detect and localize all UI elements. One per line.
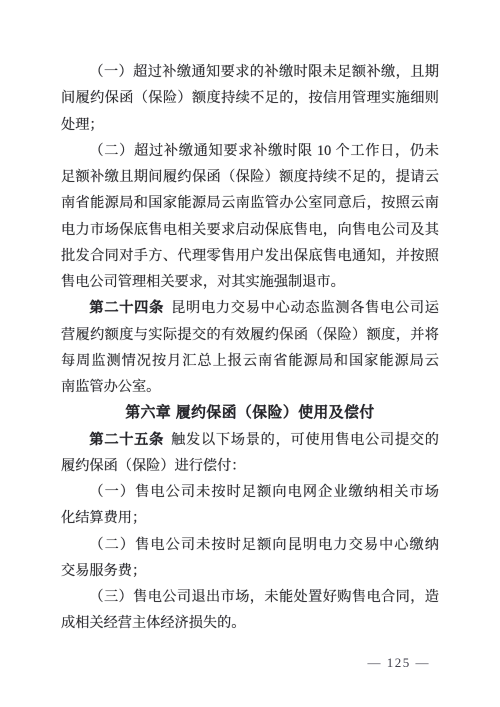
- text-line: 交易服务费；: [61, 558, 439, 584]
- text-line: 南监管办公室。: [61, 374, 439, 400]
- article-number-label: 第二十四条: [89, 300, 164, 316]
- text-line: 第二十五条触发以下场景的，可使用售电公司提交的: [61, 427, 439, 453]
- text-line: 批发合同对手方、代理零售用户发出保底售电通知，并按照: [61, 243, 439, 269]
- text-line: 履约保函（保险）进行偿付：: [61, 453, 439, 479]
- paragraph-item-1: （一）超过补缴通知要求的补缴时限未足额补缴，且期 间履约保函（保险）额度持续不足…: [61, 59, 439, 138]
- paragraph-clause-3: （三）售电公司退出市场，未能处置好购售电合同，造 成相关经营主体经济损失的。: [61, 584, 439, 637]
- paragraph-article-25: 第二十五条触发以下场景的，可使用售电公司提交的 履约保函（保险）进行偿付：: [61, 427, 439, 480]
- text-line: 化结算费用；: [61, 505, 439, 531]
- article-text: 昆明电力交易中心动态监测各售电公司运: [171, 300, 439, 316]
- text-line: 足额补缴且期间履约保函（保险）额度持续不足的，提请云: [61, 164, 439, 190]
- text-line: 处理；: [61, 112, 439, 138]
- article-number-label: 第二十五条: [89, 432, 164, 448]
- paragraph-article-24: 第二十四条昆明电力交易中心动态监测各售电公司运 营履约额度与实际提交的有效履约保…: [61, 295, 439, 400]
- text-line: （一）超过补缴通知要求的补缴时限未足额补缴，且期: [61, 59, 439, 85]
- text-line: 第二十四条昆明电力交易中心动态监测各售电公司运: [61, 295, 439, 321]
- paragraph-clause-1: （一）售电公司未按时足额向电网企业缴纳相关市场 化结算费用；: [61, 479, 439, 532]
- chapter-heading: 第六章 履约保函（保险）使用及偿付: [61, 400, 439, 426]
- text-line: （二）售电公司未按时足额向昆明电力交易中心缴纳: [61, 532, 439, 558]
- text-line: （三）售电公司退出市场，未能处置好购售电合同，造: [61, 584, 439, 610]
- text-line: 成相关经营主体经济损失的。: [61, 610, 439, 636]
- paragraph-clause-2: （二）售电公司未按时足额向昆明电力交易中心缴纳 交易服务费；: [61, 532, 439, 585]
- page-content: （一）超过补缴通知要求的补缴时限未足额补缴，且期 间履约保函（保险）额度持续不足…: [61, 59, 439, 637]
- text-line: 南省能源局和国家能源局云南监管办公室同意后，按照云南: [61, 190, 439, 216]
- article-text: 触发以下场景的，可使用售电公司提交的: [171, 432, 439, 448]
- page-number: — 125 —: [368, 655, 431, 671]
- text-line: 售电公司管理相关要求，对其实施强制退市。: [61, 269, 439, 295]
- paragraph-item-2: （二）超过补缴通知要求补缴时限 10 个工作日，仍未 足额补缴且期间履约保函（保…: [61, 138, 439, 296]
- text-line: 间履约保函（保险）额度持续不足的，按信用管理实施细则: [61, 85, 439, 111]
- document-page: （一）超过补缴通知要求的补缴时限未足额补缴，且期 间履约保函（保险）额度持续不足…: [0, 0, 500, 707]
- text-line: 营履约额度与实际提交的有效履约保函（保险）额度，并将: [61, 322, 439, 348]
- text-line: （二）超过补缴通知要求补缴时限 10 个工作日，仍未: [61, 138, 439, 164]
- text-line: 电力市场保底售电相关要求启动保底售电，向售电公司及其: [61, 217, 439, 243]
- text-line: 每周监测情况按月汇总上报云南省能源局和国家能源局云: [61, 348, 439, 374]
- text-line: （一）售电公司未按时足额向电网企业缴纳相关市场: [61, 479, 439, 505]
